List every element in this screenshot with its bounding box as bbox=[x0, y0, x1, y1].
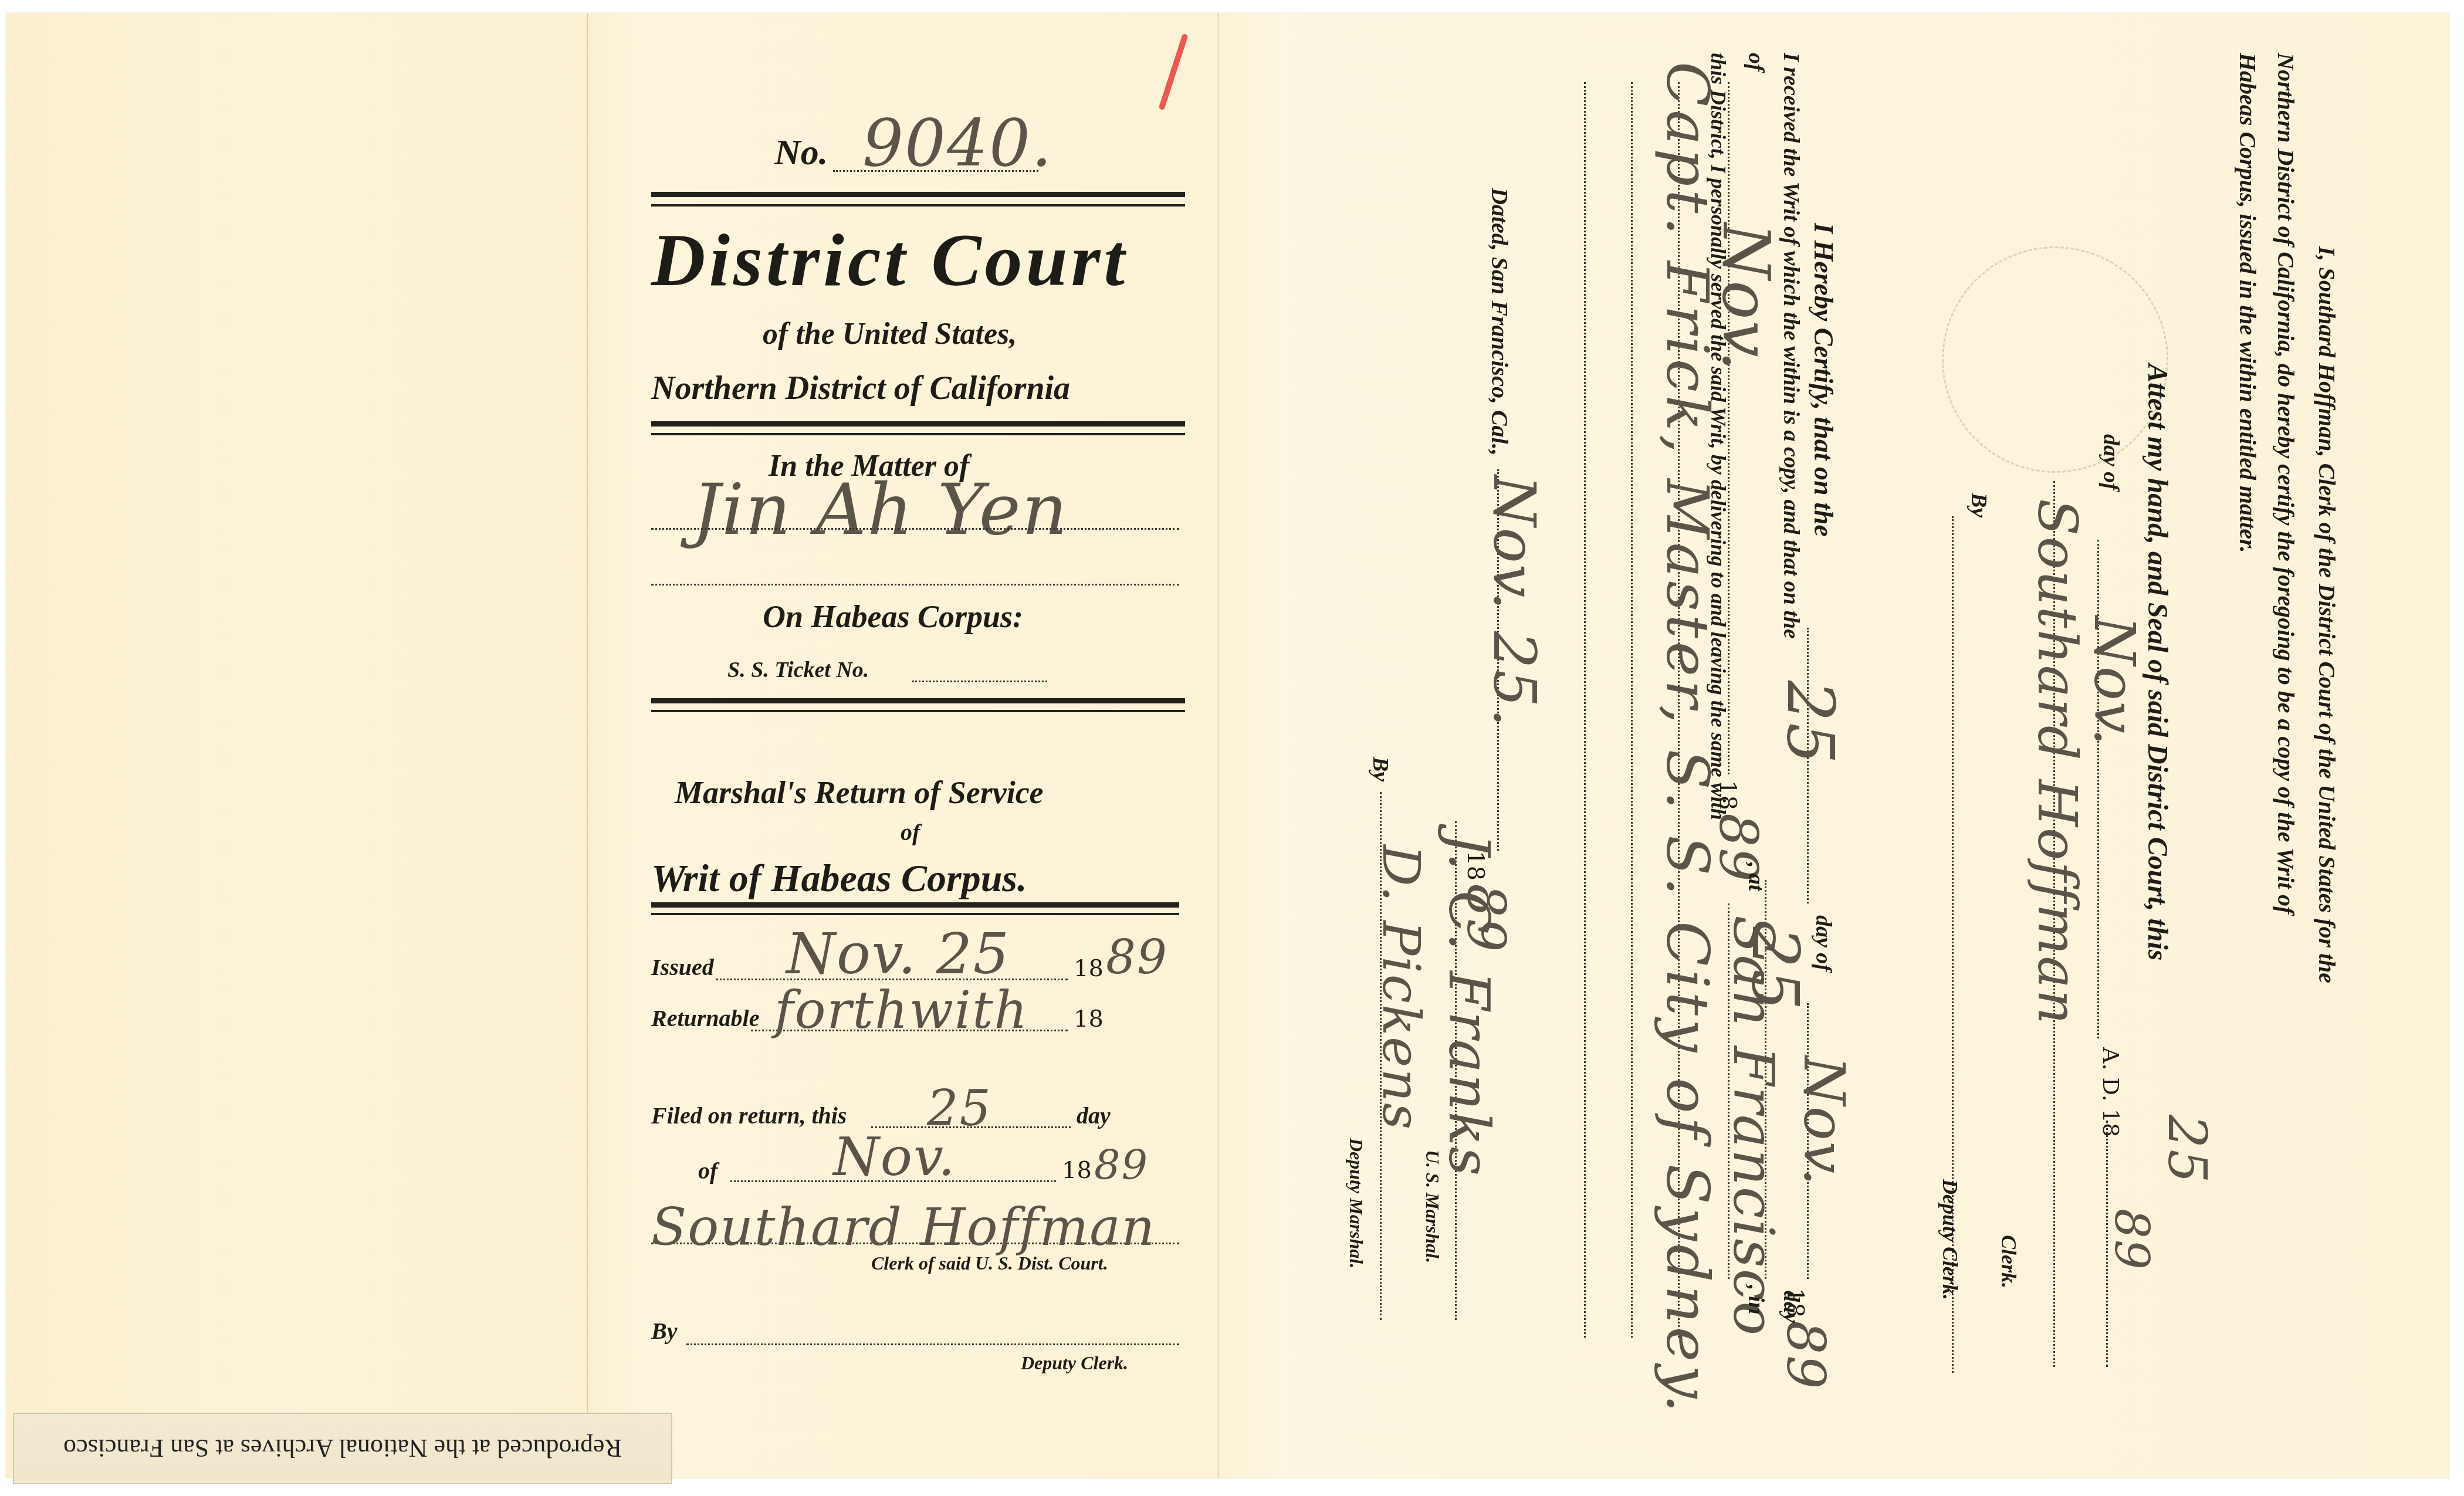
issued-date-value: Nov. 25 bbox=[786, 921, 1010, 987]
filed-year-prefix: 18 bbox=[1062, 1157, 1092, 1184]
ticket-label: S. S. Ticket No. bbox=[727, 657, 869, 683]
deputy-by-label: By bbox=[651, 1317, 677, 1345]
deputy-clerk-title: Deputy Clerk. bbox=[1021, 1352, 1128, 1374]
marshal-title: U. S. Marshal. bbox=[1421, 1150, 1443, 1263]
ticket-rule-thick bbox=[651, 698, 1185, 703]
served-person: Capt. Frick, Master, S. S. City of Sydne… bbox=[1653, 62, 1722, 1416]
returnable-year-prefix: 18 bbox=[1074, 1006, 1104, 1033]
court-title: District Court bbox=[651, 217, 1128, 303]
deputy-marshal-signature: D. Pickens bbox=[1371, 845, 1431, 1131]
deputy-marshal-by: By bbox=[1368, 757, 1393, 781]
fold-line-center bbox=[1217, 13, 1219, 1478]
marshal-signature-text: J. C. Franks bbox=[1436, 833, 1502, 1177]
clerk-label-right: Clerk. bbox=[1996, 1235, 2021, 1288]
served-person-value: Capt. Frick, Master, S. S. City of Sydne… bbox=[1653, 62, 1722, 1416]
clerk-by-right-label: By bbox=[1967, 493, 1991, 517]
court-subtitle-us: of the United States, bbox=[763, 317, 1017, 351]
received-day-of: day of bbox=[1810, 915, 1836, 972]
clerk-signature: Southard Hoffman bbox=[651, 1197, 1156, 1257]
clerk-by-right: By bbox=[1966, 493, 1992, 517]
received-day-value: 25 bbox=[1773, 681, 1848, 765]
blank-line-2 bbox=[1584, 82, 1586, 1338]
attest-day-of: day of bbox=[2098, 434, 2124, 490]
received-day-of-label: day of bbox=[1811, 915, 1836, 972]
attest-month: Nov. bbox=[2081, 616, 2147, 747]
returnable-label: Returnable bbox=[651, 1004, 759, 1032]
dated-label: Dated, San Francisco, Cal., bbox=[1486, 188, 1514, 456]
return-rule-thick bbox=[651, 902, 1179, 908]
filed-month-value: Nov. bbox=[833, 1126, 956, 1188]
filed-label: Filed on return, this bbox=[651, 1102, 847, 1129]
attest-ad-label: A. D. 18 bbox=[2098, 1047, 2124, 1137]
attest-year-suffix: 89 bbox=[2104, 1209, 2159, 1271]
deputy-clerk-right: Deputy Clerk. bbox=[1938, 1179, 1962, 1300]
attest-month-value: Nov. bbox=[2081, 616, 2147, 747]
fold-line-left bbox=[587, 13, 588, 1478]
dated-value-text: Nov. 25. bbox=[1480, 475, 1549, 728]
deputy-clerk-line bbox=[686, 1343, 1179, 1345]
clerk-cert-line3-text: Habeas Corpus, issued in the within enti… bbox=[2235, 53, 2261, 553]
dated-label-text: Dated, San Francisco, Cal., bbox=[1487, 188, 1513, 456]
served-of: of bbox=[1743, 53, 1769, 72]
embossed-seal bbox=[1942, 246, 2168, 473]
received-month: Nov. bbox=[1791, 1056, 1857, 1187]
served-in-label: , in bbox=[1744, 1285, 1768, 1315]
clerk-cert-line3: Habeas Corpus, issued in the within enti… bbox=[2234, 53, 2262, 553]
certify-text: I Hereby Certify, that on the bbox=[1809, 223, 1839, 537]
served-in: , in bbox=[1743, 1285, 1769, 1315]
attest-signature: Southard Hoffman bbox=[2026, 499, 2089, 1025]
marshal-signature: J. C. Franks bbox=[1436, 833, 1502, 1177]
dated-value: Nov. 25. bbox=[1480, 475, 1549, 728]
attest-day-of-label: day of bbox=[2099, 434, 2123, 490]
served-place: San Francisco bbox=[1721, 915, 1786, 1336]
clerk-title: Clerk of said U. S. Dist. Court. bbox=[871, 1253, 1108, 1274]
ticket-rule-thin bbox=[651, 710, 1185, 712]
served-at-label: , at bbox=[1744, 862, 1768, 891]
clerk-signature-right: Southard Hoffman bbox=[2026, 499, 2089, 1025]
proceeding-label: On Habeas Corpus: bbox=[763, 598, 1023, 635]
deputy-marshal-signature-text: D. Pickens bbox=[1371, 845, 1431, 1131]
clerk-label-right-text: Clerk. bbox=[1997, 1235, 2020, 1288]
deputy-marshal-title: Deputy Marshal. bbox=[1345, 1138, 1367, 1268]
marshal-certify-line: I Hereby Certify, that on the bbox=[1808, 223, 1839, 537]
matter-line-2 bbox=[651, 584, 1179, 585]
case-number-value: 9040. bbox=[862, 106, 1053, 181]
archive-label: Reproduced at the National Archives at S… bbox=[13, 1413, 672, 1484]
court-rule-thick bbox=[651, 421, 1185, 427]
matter-line-1 bbox=[651, 528, 1179, 530]
issued-year-suffix: 89 bbox=[1106, 930, 1168, 984]
issued-year-prefix: 18 bbox=[1074, 955, 1104, 982]
deputy-marshal-by-label: By bbox=[1368, 757, 1393, 781]
return-title-line3: Writ of Habeas Corpus. bbox=[651, 857, 1027, 901]
filed-year-suffix: 89 bbox=[1094, 1141, 1149, 1189]
attest-ad: A. D. 18 bbox=[2098, 1047, 2124, 1137]
archive-label-text: Reproduced at the National Archives at S… bbox=[14, 1414, 671, 1483]
received-month-value: Nov. bbox=[1791, 1056, 1857, 1187]
attest-year: 89 bbox=[2104, 1209, 2159, 1271]
docket-cover-panel: No. 9040. District Court of the United S… bbox=[639, 0, 1203, 1496]
attest-day-value: 25 bbox=[2156, 1115, 2218, 1184]
blank-line-1 bbox=[1631, 82, 1633, 1338]
attest-month-line bbox=[2097, 540, 2099, 1038]
clerk-cert-line2-text: Northern District of California, do here… bbox=[2273, 53, 2299, 914]
filed-day-suffix: day bbox=[1077, 1102, 1111, 1129]
court-rule-thin bbox=[651, 433, 1185, 435]
matter-name: Jin Ah Yen bbox=[692, 469, 1068, 551]
issued-label: Issued bbox=[651, 953, 714, 981]
served-of-label: of bbox=[1744, 53, 1768, 72]
served-place-value: San Francisco bbox=[1721, 915, 1786, 1336]
ticket-number-field bbox=[912, 681, 1047, 682]
returnable-value: forthwith bbox=[774, 980, 1028, 1040]
clerk-cert-line1: I, Southard Hoffman, Clerk of the Distri… bbox=[2313, 246, 2341, 983]
deputy-clerk-right-label: Deputy Clerk. bbox=[1938, 1179, 1962, 1300]
return-title-line2: of bbox=[901, 818, 920, 846]
received-day-line bbox=[1807, 628, 1809, 903]
deputy-marshal-title-text: Deputy Marshal. bbox=[1346, 1138, 1367, 1268]
header-rule-thick bbox=[651, 192, 1185, 197]
court-subtitle-district: Northern District of California bbox=[651, 370, 1070, 407]
attest-day: 25 bbox=[2156, 1115, 2218, 1184]
filed-of-label: of bbox=[698, 1157, 717, 1184]
return-rule-thin bbox=[651, 913, 1179, 915]
served-at: , at bbox=[1743, 862, 1769, 891]
clerk-cert-line1-text: I, Southard Hoffman, Clerk of the Distri… bbox=[2314, 246, 2340, 983]
marshal-title-text: U. S. Marshal. bbox=[1422, 1150, 1443, 1263]
case-number-label: No. bbox=[774, 132, 828, 174]
clerk-cert-line2: Northern District of California, do here… bbox=[2272, 53, 2300, 914]
header-rule-thin bbox=[651, 204, 1185, 207]
received-day: 25 bbox=[1773, 681, 1848, 765]
return-title-line1: Marshal's Return of Service bbox=[675, 774, 1044, 811]
